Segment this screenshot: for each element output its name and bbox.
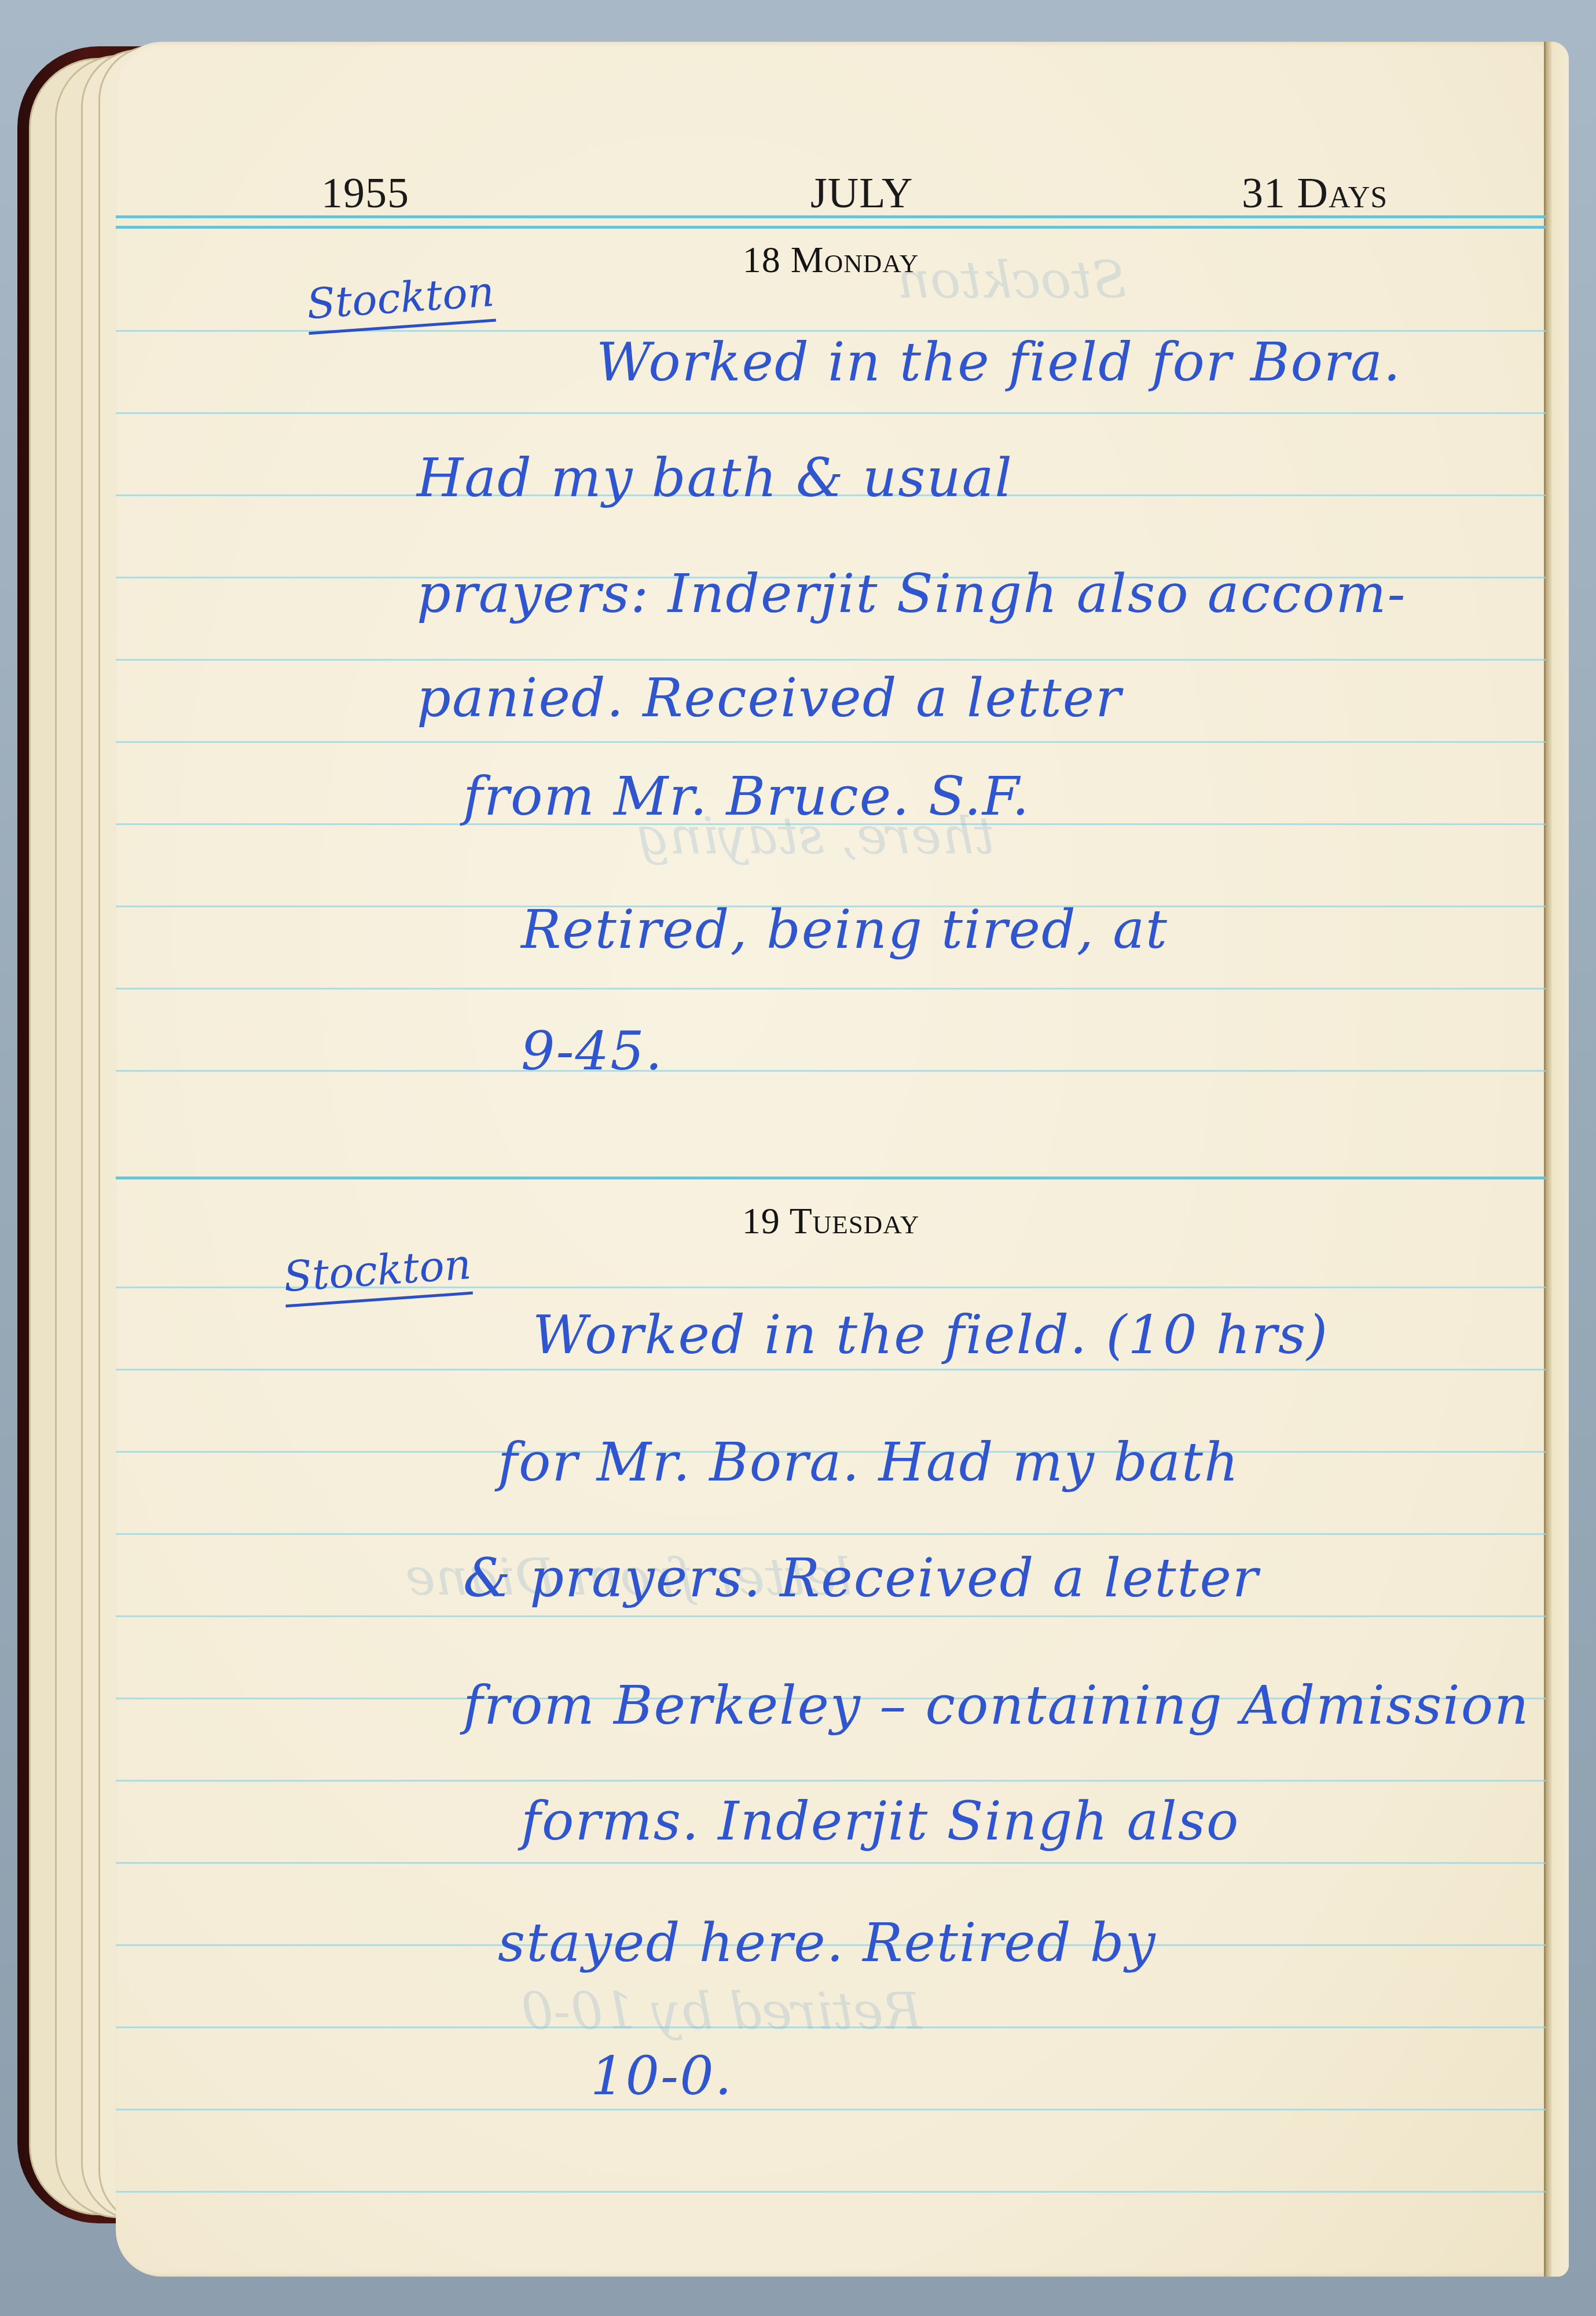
header-rule <box>116 215 1546 218</box>
day-heading-tuesday: 19 Tuesday <box>116 1200 1546 1243</box>
entry-line: Had my bath & usual <box>417 447 1013 509</box>
entry-line: for Mr. Bora. Had my bath <box>498 1431 1239 1493</box>
entry-line: & prayers. Received a letter <box>463 1547 1259 1609</box>
header-days-in-month: 31 Days <box>1242 169 1388 218</box>
ruled-line <box>116 741 1546 743</box>
entry-line: prayers: Inderjit Singh also accom- <box>417 563 1406 625</box>
entry-line: stayed here. Retired by <box>498 1912 1157 1974</box>
entry-line: 9-45. <box>521 1020 663 1082</box>
page-gutter <box>1544 42 1569 2277</box>
entry-line: Retired, being tired, at <box>521 899 1168 961</box>
bleed-through-text: Retired by 10-0 <box>521 1981 922 2041</box>
ruled-line <box>116 1533 1546 1535</box>
header-year: 1955 <box>321 169 409 218</box>
entry-line: forms. Inderjit Singh also <box>521 1790 1239 1852</box>
entry-line: from Berkeley – containing Admission <box>463 1674 1529 1736</box>
location-note: Stockton <box>282 1240 473 1307</box>
ruled-line <box>116 2109 1546 2110</box>
diary-page: 1955 JULY 31 Days Stockton there, stayin… <box>116 42 1569 2277</box>
header-month: JULY <box>810 169 913 218</box>
ruled-line <box>116 412 1546 414</box>
ruled-line <box>116 1070 1546 1072</box>
entry-line: Worked in the field for Bora. <box>596 331 1401 393</box>
ruled-line <box>116 1369 1546 1370</box>
ruled-line <box>116 1780 1546 1782</box>
ruled-line <box>116 1615 1546 1617</box>
page-header: 1955 JULY 31 Days <box>116 152 1569 221</box>
entry-line: 10-0. <box>590 2045 733 2107</box>
entry-line: Worked in the field. (10 hrs) <box>533 1304 1329 1366</box>
ruled-line <box>116 1862 1546 1864</box>
day-heading-monday: 18 Monday <box>116 239 1546 281</box>
entry-divider <box>116 1177 1546 1179</box>
ruled-line <box>116 659 1546 661</box>
entry-line: from Mr. Bruce. S.F. <box>463 765 1030 827</box>
ruled-line <box>116 2191 1546 2193</box>
entry-line: panied. Received a letter <box>417 667 1122 729</box>
header-rule <box>116 226 1546 229</box>
ruled-line <box>116 988 1546 990</box>
